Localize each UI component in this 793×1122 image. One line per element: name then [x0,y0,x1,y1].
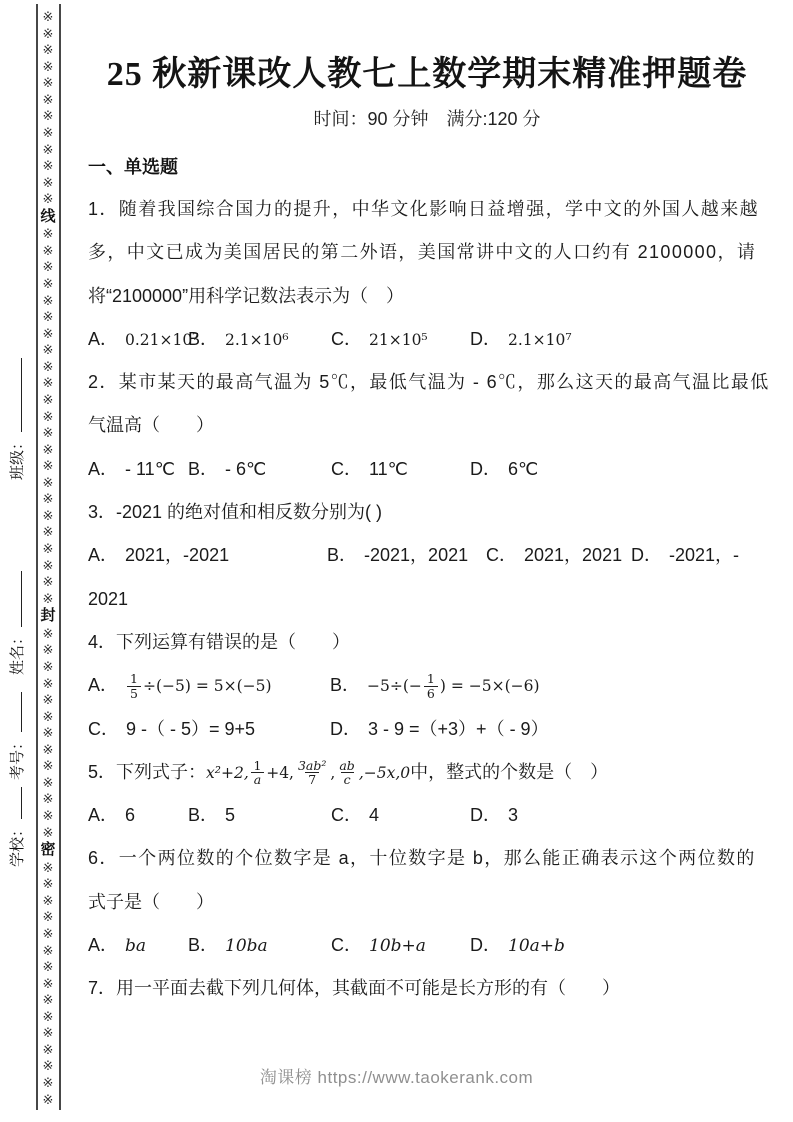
fraction-denominator: 7 [305,772,319,787]
q3-option-c-value: 2021，2021 [524,545,622,565]
q1-options: A．0.21×10⁷ B．2.1×10⁶ C．21×10⁵ D．2.1×10⁷ [88,318,766,361]
q5-option-c-value: 4 [369,805,379,825]
exam-title: 25 秋新课改人教七上数学期末精准押题卷 [88,48,766,100]
exam-title-bold-char: 学 [467,55,502,93]
q4-option-a-expr: ÷(−5) = 5×(−5) [143,677,272,695]
exam-time-score: 时间：90 分钟 满分:120 分 [88,104,766,134]
seal-line-symbol: ※ [43,575,54,588]
seal-line-symbol: ※ [43,1010,54,1023]
q6-option-c-label: C． [331,935,362,955]
exam-content: 25 秋新课改人教七上数学期末精准押题卷 时间：90 分钟 满分:120 分 一… [88,0,766,1011]
seal-line-symbol: ※ [43,1026,54,1039]
q2-option-b-value: - 6℃ [225,459,266,479]
fraction: 15 [127,672,141,701]
fraction-denominator: a [251,772,264,787]
q3-option-c: C．2021，2021 [486,534,622,577]
fraction-denominator: c [341,772,354,787]
q5-options: A．6 B．5 C．4 D．3 [88,794,766,837]
q2-option-a-label: A． [88,459,118,479]
seal-line-symbol: ※ [43,192,54,205]
q5-option-d: D．3 [470,794,518,837]
q3-option-b: B．-2021，2021 [327,534,468,577]
q1-option-c: C．21×10⁵ [331,318,428,362]
seal-line-symbol: ※ [43,227,54,240]
fraction-numerator: 1 [128,672,140,686]
q4-option-a-value: 15÷(−5) = 5×(−5) [125,677,272,695]
name-blank-line [6,571,22,627]
seal-line-symbol: ※ [43,244,54,257]
q2-line-1: 2．某市某天的最高气温为 5℃，最低气温为 - 6℃，那么这天的最高气温比最低 [88,361,766,404]
q5-option-a-value: 6 [125,805,135,825]
q5-option-c: C．4 [331,794,379,837]
q5-option-d-label: D． [470,805,501,825]
seal-line-symbol: ※ [43,492,54,505]
fraction: 1a [251,759,264,788]
seal-line-symbol: ※ [43,260,54,273]
seal-line-symbol: ※ [43,126,54,139]
q7-line-1: 7．用一平面去截下列几何体，其截面不可能是长方形的有（ ） [88,967,766,1010]
q6-option-d: D．10a+b [470,924,565,968]
seal-line-symbol: ※ [43,693,54,706]
seal-line-symbol: ※ [43,159,54,172]
seal-line-symbol: ※ [43,393,54,406]
seal-line-symbol: ※ [43,743,54,756]
q5-option-b: B．5 [188,794,235,837]
fraction-numerator: ab [337,759,356,773]
q1-line-2: 多，中文已成为美国居民的第二外语，美国常讲中文的人口约有 2100000，请 [88,231,766,274]
q6-option-b: B．10ba [188,924,268,968]
exam-no-blank-line [6,692,22,732]
q5-option-a: A．6 [88,794,135,837]
seal-line-symbol: ※ [43,27,54,40]
q3-option-c-label: C． [486,545,517,565]
q1-option-c-label: C． [331,329,362,349]
seal-line-symbol: ※ [43,525,54,538]
q4-option-d-label: D． [330,719,361,739]
q5-term-3: , [330,764,335,782]
q4-option-b-expr-post: ) = −5×(−6) [440,677,540,695]
q6-option-a: A．ba [88,924,146,968]
seal-line-symbol: ※ [43,977,54,990]
q4-option-c: C．9 -（ - 5）= 9+5 [88,708,255,751]
student-name-field: 姓名： [6,565,28,675]
q5-option-b-value: 5 [225,805,235,825]
q3-option-d-label: D． [631,545,662,565]
class-label: 班级： [6,435,27,480]
seal-line-symbol: ※ [43,894,54,907]
seal-line-symbol: ※ [43,559,54,572]
q1-line-1: 1．随着我国综合国力的提升，中华文化影响日益增强，学中文的外国人越来越 [88,188,766,231]
seal-line-symbol: ※ [43,443,54,456]
fraction-numerator: 1 [252,759,264,773]
seal-line-symbol: ※ [43,776,54,789]
seal-line-strip: ※※※※※※※※※※※※线※※※※※※※※※※※※※※※※※※※※※※※封※※※… [38,10,58,1106]
q1-option-b: B．2.1×10⁶ [188,318,289,362]
q3-option-a-value: 2021，-2021 [125,545,229,565]
fraction-denominator: 5 [127,686,141,701]
q3-option-a: A．2021，-2021 [88,534,229,577]
q2-options: A．- 11℃ B．- 6℃ C．11℃ D．6℃ [88,448,766,491]
exam-paper-page: ※※※※※※※※※※※※线※※※※※※※※※※※※※※※※※※※※※※※封※※※… [0,0,793,1122]
seal-line-symbol: ※ [43,310,54,323]
name-label: 姓名： [6,630,27,675]
q5-option-a-label: A． [88,805,118,825]
seal-line-symbol: ※ [43,726,54,739]
footer-watermark: 淘课榜 https://www.taokerank.com [0,1063,793,1088]
q6-line-2: 式子是（ ） [88,881,766,924]
q2-option-a: A．- 11℃ [88,448,175,491]
seal-line-symbol: ※ [43,927,54,940]
seal-line-symbol: ※ [43,410,54,423]
q5-term-1: x²+2, [206,764,249,782]
seal-line-symbol: ※ [43,877,54,890]
seal-line-symbol: ※ [43,76,54,89]
seal-line-symbol: ※ [43,360,54,373]
seal-line-symbol: ※ [43,809,54,822]
seal-line-char: 密 [40,842,55,857]
q4-option-b-expr-pre: −5÷(− [367,677,422,695]
q4-option-a: A．15÷(−5) = 5×(−5) [88,664,272,708]
seal-line-symbol: ※ [43,277,54,290]
q1-option-a-label: A． [88,329,118,349]
q2-option-d-label: D． [470,459,501,479]
section-heading: 一、单选题 [88,146,766,188]
q3-line-1: 3．-2021 的绝对值和相反数分别为( ) [88,491,766,534]
q6-option-c-value: 10b+a [369,936,426,956]
q3-option-d: D．-2021，- [631,534,739,577]
q6-line-1: 6．一个两位数的个位数字是 a，十位数字是 b，那么能正确表示这个两位数的 [88,837,766,880]
q3-option-a-label: A． [88,545,118,565]
seal-line-symbol: ※ [43,176,54,189]
seal-line-symbol: ※ [43,960,54,973]
q4-option-d: D．3 - 9 =（+3）+（ - 9） [330,708,549,751]
q4-option-b: B．−5÷(−16) = −5×(−6) [330,664,540,708]
seal-line-symbol: ※ [43,643,54,656]
q2-option-d-value: 6℃ [508,459,538,479]
q3-options: A．2021，-2021 B．-2021，2021 C．2021，2021 D．… [88,534,766,577]
fraction: 3ab²7 [296,759,328,788]
seal-line-symbol: ※ [43,627,54,640]
q4-option-b-label: B． [330,675,360,695]
q5-stem: 5．下列式子：x²+2,1a+4,3ab²7,abc,−5x,0中，整式的个数是… [88,751,766,794]
seal-line-symbol: ※ [43,542,54,555]
q2-option-c: C．11℃ [331,448,408,491]
seal-line-symbol: ※ [43,677,54,690]
seal-line-symbol: ※ [43,792,54,805]
q4-option-a-label: A． [88,675,118,695]
q5-option-b-label: B． [188,805,218,825]
seal-line-char: 线 [40,209,55,224]
q6-option-b-value: 10ba [225,936,268,956]
exam-no-label: 考号： [6,735,27,780]
seal-line-symbol: ※ [43,376,54,389]
q1-option-d-value: 2.1×10⁷ [508,331,572,349]
seal-line-symbol: ※ [43,592,54,605]
q5-term-2: +4, [266,764,294,782]
school-blank-line [6,787,22,819]
q6-option-c: C．10b+a [331,924,426,968]
q4-option-b-value: −5÷(−16) = −5×(−6) [367,677,540,695]
seal-line-symbol: ※ [43,910,54,923]
seal-line-symbol: ※ [43,509,54,522]
q4-option-c-value: 9 -（ - 5）= 9+5 [126,719,255,739]
q5-term-4: ,−5x,0 [359,764,410,782]
student-exam-no-field: 考号： [6,688,28,780]
q1-option-b-label: B． [188,329,218,349]
q2-option-c-label: C． [331,459,362,479]
q6-option-d-label: D． [470,935,501,955]
q1-option-d-label: D． [470,329,501,349]
q2-option-d: D．6℃ [470,448,538,491]
q2-option-b-label: B． [188,459,218,479]
q5-option-d-value: 3 [508,805,518,825]
fraction-denominator: 6 [424,686,438,701]
q5-stem-post: 中，整式的个数是（ ） [410,762,608,782]
seal-line-symbol: ※ [43,710,54,723]
fraction-numerator: 1 [425,672,437,686]
seal-line-symbol: ※ [43,343,54,356]
seal-line-symbol: ※ [43,459,54,472]
q4-option-c-label: C． [88,719,119,739]
seal-line-symbol: ※ [43,93,54,106]
q3-option-d-overflow: 2021 [88,578,766,621]
q1-option-c-value: 21×10⁵ [369,331,428,349]
seal-line-symbol: ※ [43,143,54,156]
q5-stem-pre: 5．下列式子： [88,762,206,782]
q3-option-d-value: -2021，- [669,545,739,565]
exam-title-pre: 25 秋新课改人教七上数 [107,56,468,93]
seal-line-symbol: ※ [43,660,54,673]
seal-line-symbol: ※ [43,43,54,56]
seal-line-symbol: ※ [43,294,54,307]
seal-line-right-rule [59,4,61,1110]
q1-option-a: A．0.21×10⁷ [88,318,198,362]
seal-line-symbol: ※ [43,426,54,439]
student-class-field: 班级： [6,350,28,480]
seal-line-symbol: ※ [43,759,54,772]
seal-line-symbol: ※ [43,861,54,874]
q4-option-d-value: 3 - 9 =（+3）+（ - 9） [368,719,549,739]
q2-option-b: B．- 6℃ [188,448,266,491]
q1-option-b-value: 2.1×10⁶ [225,331,289,349]
q6-option-d-value: 10a+b [508,936,565,956]
q4-options-cd: C．9 -（ - 5）= 9+5 D．3 - 9 =（+3）+（ - 9） [88,708,766,751]
q2-line-2: 气温高（ ） [88,404,766,447]
seal-line-symbol: ※ [43,993,54,1006]
seal-line-char: 封 [40,608,55,623]
class-blank-line [6,358,22,432]
q4-line-1: 4．下列运算有错误的是（ ） [88,621,766,664]
q2-option-c-value: 11℃ [369,459,408,479]
fraction-numerator: 3ab² [296,759,328,773]
seal-line-symbol: ※ [43,1043,54,1056]
seal-line-symbol: ※ [43,109,54,122]
student-school-field: 学校： [6,785,28,867]
school-label: 学校： [6,822,27,867]
q6-option-b-label: B． [188,935,218,955]
q2-option-a-value: - 11℃ [125,459,175,479]
exam-title-post: 期末精准押题卷 [502,56,747,93]
seal-line-symbol: ※ [43,327,54,340]
q1-line-3: 将“2100000”用科学记数法表示为（ ） [88,275,766,318]
footer-site-text: 淘课榜 https://www.taokerank.com [260,1068,533,1087]
q1-option-d: D．2.1×10⁷ [470,318,572,362]
q4-options-ab: A．15÷(−5) = 5×(−5) B．−5÷(−16) = −5×(−6) [88,664,766,707]
seal-line-symbol: ※ [43,1093,54,1106]
seal-line-symbol: ※ [43,10,54,23]
q3-option-b-value: -2021，2021 [364,545,468,565]
q6-option-a-label: A． [88,935,118,955]
fraction: abc [337,759,356,788]
fraction: 16 [424,672,438,701]
q6-options: A．ba B．10ba C．10b+a D．10a+b [88,924,766,967]
q5-option-c-label: C． [331,805,362,825]
seal-line-symbol: ※ [43,476,54,489]
seal-line-symbol: ※ [43,944,54,957]
seal-line-symbol: ※ [43,60,54,73]
q6-option-a-value: ba [125,936,146,956]
q5-expression: x²+2,1a+4,3ab²7,abc,−5x,0 [206,764,410,782]
seal-line-symbol: ※ [43,826,54,839]
q3-option-b-label: B． [327,545,357,565]
